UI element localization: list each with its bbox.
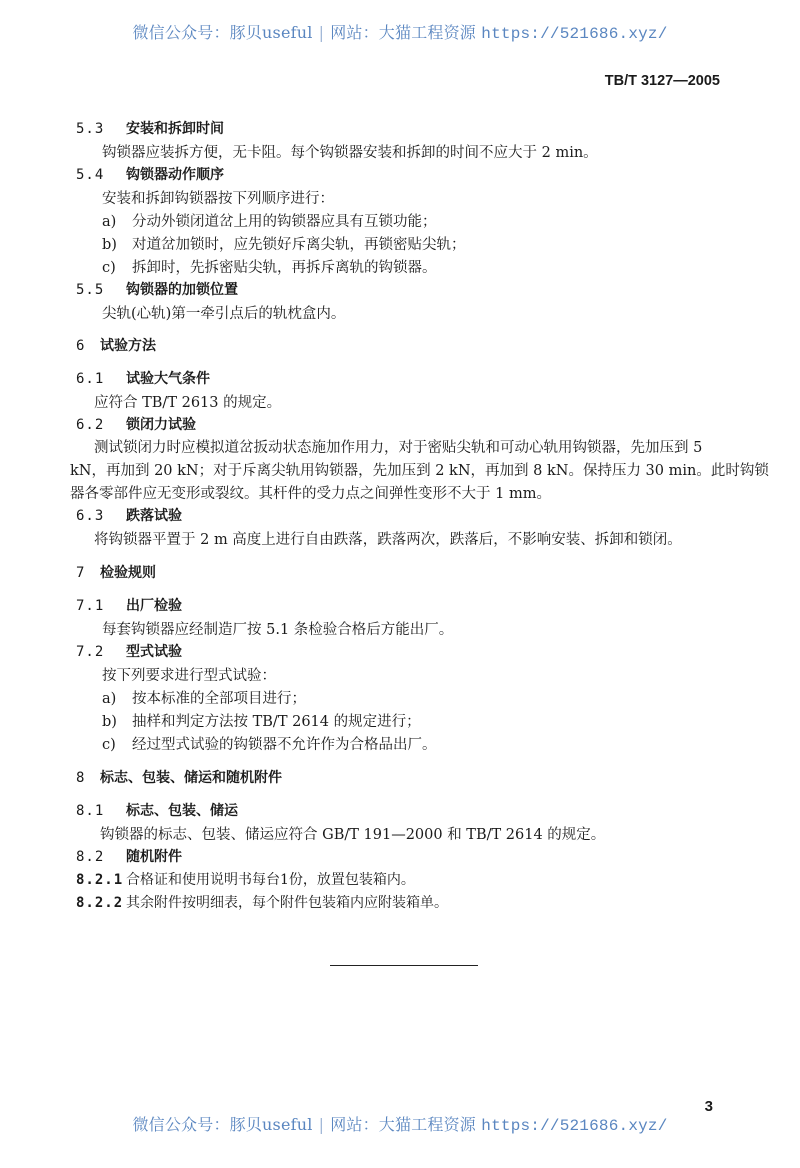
- watermark-top: 微信公众号：豚贝useful|网站：大猫工程资源 https://521686.…: [0, 20, 800, 43]
- paragraph: 将钩锁器平置于 2 m 高度上进行自由跌落，跌落两次，跌落后，不影响安装、拆卸和…: [94, 528, 682, 549]
- paragraph: 应符合 TB/T 2613 的规定。: [94, 391, 281, 412]
- section-heading-7-1: 7.1出厂检验: [76, 595, 182, 615]
- standard-code: TB/T 3127—2005: [605, 73, 720, 89]
- paragraph-continuation: kN，再加到 20 kN；对于斥离尖轨用钩锁器，先加压到 2 kN，再加到 8 …: [70, 459, 769, 480]
- chapter-heading-7: 7检验规则: [76, 562, 156, 582]
- watermark-bottom: 微信公众号：豚贝useful|网站：大猫工程资源 https://521686.…: [0, 1112, 800, 1135]
- watermark-wechat: 微信公众号：豚贝useful: [132, 1115, 312, 1134]
- paragraph: 安装和拆卸钩锁器按下列顺序进行：: [102, 187, 334, 208]
- chapter-heading-8: 8标志、包装、储运和随机附件: [76, 767, 282, 787]
- watermark-separator: |: [319, 1115, 325, 1134]
- list-item: c)拆卸时，先拆密贴尖轨，再拆斥离轨的钩锁器。: [102, 256, 437, 277]
- end-of-document-rule: [330, 965, 478, 966]
- section-heading-6-2: 6.2锁闭力试验: [76, 414, 196, 434]
- paragraph: 钩锁器应装拆方便，无卡阻。每个钩锁器安装和拆卸的时间不应大于 2 min。: [102, 141, 598, 162]
- list-item: b)对道岔加锁时，应先锁好斥离尖轨，再锁密贴尖轨；: [102, 233, 466, 254]
- section-heading-6-3: 6.3跌落试验: [76, 505, 182, 525]
- watermark-url[interactable]: https://521686.xyz/: [481, 1117, 667, 1135]
- list-item: c)经过型式试验的钩锁器不允许作为合格品出厂。: [102, 733, 437, 754]
- section-heading-5-5: 5.5钩锁器的加锁位置: [76, 279, 238, 299]
- watermark-site: 网站：大猫工程资源: [330, 23, 476, 42]
- watermark-site: 网站：大猫工程资源: [330, 1115, 476, 1134]
- list-item: b)抽样和判定方法按 TB/T 2614 的规定进行；: [102, 710, 421, 731]
- section-heading-6-1: 6.1试验大气条件: [76, 368, 210, 388]
- paragraph: 钩锁器的标志、包装、储运应符合 GB/T 191—2000 和 TB/T 261…: [100, 823, 605, 844]
- subsection-8-2-2: 8.2.2其余附件按明细表，每个附件包装箱内应附装箱单。: [76, 892, 448, 912]
- section-heading-8-1: 8.1标志、包装、储运: [76, 800, 238, 820]
- paragraph: 每套钩锁器应经制造厂按 5.1 条检验合格后方能出厂。: [102, 618, 453, 639]
- watermark-url[interactable]: https://521686.xyz/: [481, 25, 667, 43]
- watermark-wechat: 微信公众号：豚贝useful: [132, 23, 312, 42]
- section-heading-7-2: 7.2型式试验: [76, 641, 182, 661]
- list-item: a)按本标准的全部项目进行；: [102, 687, 306, 708]
- subsection-8-2-1: 8.2.1合格证和使用说明书每台1份，放置包装箱内。: [76, 869, 415, 889]
- section-heading-5-3: 5.3安装和拆卸时间: [76, 118, 224, 138]
- paragraph: 尖轨(心轨)第一牵引点后的轨枕盒内。: [102, 302, 345, 323]
- section-heading-8-2: 8.2随机附件: [76, 846, 182, 866]
- paragraph: 测试锁闭力时应模拟道岔扳动状态施加作用力，对于密贴尖轨和可动心轨用钩锁器，先加压…: [94, 436, 702, 457]
- watermark-separator: |: [319, 23, 325, 42]
- list-item: a)分动外锁闭道岔上用的钩锁器应具有互锁功能；: [102, 210, 437, 231]
- paragraph-continuation: 器各零部件应无变形或裂纹。其杆件的受力点之间弹性变形不大于 1 mm。: [70, 482, 551, 503]
- paragraph: 按下列要求进行型式试验：: [102, 664, 276, 685]
- section-heading-5-4: 5.4钩锁器动作顺序: [76, 164, 224, 184]
- chapter-heading-6: 6试验方法: [76, 335, 156, 355]
